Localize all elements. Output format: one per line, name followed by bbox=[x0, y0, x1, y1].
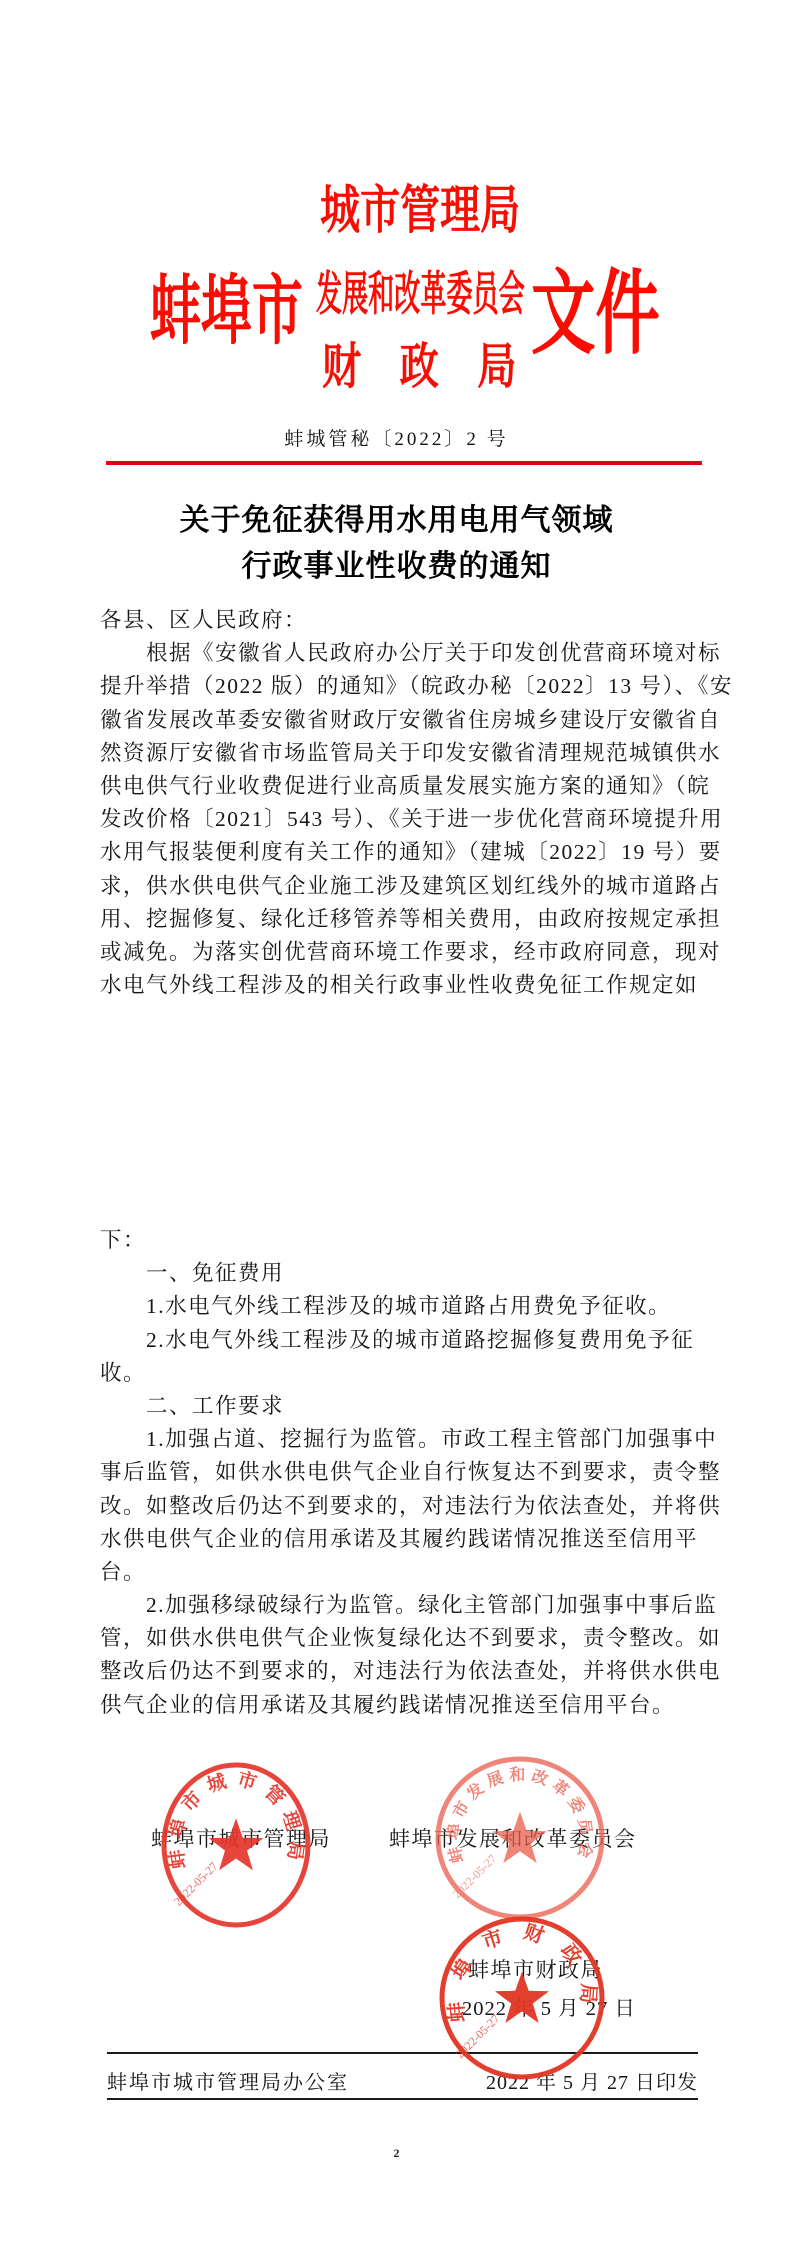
body-line: 改。如整改后仍达不到要求的，对违法行为依法查处，并将供 bbox=[100, 1490, 704, 1523]
signature-org-city-admin: 蚌埠市城市管理局 bbox=[151, 1823, 331, 1853]
footer-rule-bottom bbox=[107, 2098, 698, 2100]
body-line: 水电气外线工程涉及的相关行政事业性收费免征工作规定如 bbox=[100, 969, 704, 1002]
body-line: 1.加强占道、挖掘行为监管。市政工程主管部门加强事中 bbox=[100, 1423, 704, 1456]
seal-stamp-date: 2022-05-27 bbox=[171, 1859, 220, 1908]
body-line: 管，如供水供电供气企业恢复绿化达不到要求，责令整改。如 bbox=[100, 1622, 704, 1655]
body-line: 台。 bbox=[100, 1556, 704, 1589]
body-line: 下： bbox=[100, 1224, 704, 1257]
body-line: 各县、区人民政府： bbox=[100, 604, 704, 637]
body-line: 2.加强移绿破绿行为监管。绿化主管部门加强事中事后监 bbox=[100, 1589, 704, 1622]
document-page: 城市管理局 蚌埠市 发展和改革委员会 财政局 文件 蚌城管秘〔2022〕2 号 … bbox=[0, 0, 793, 2244]
letterhead-document-suffix: 文件 bbox=[531, 268, 660, 360]
letterhead-agency-city-admin: 城市管理局 bbox=[320, 186, 520, 238]
document-title-line2: 行政事业性收费的通知 bbox=[0, 544, 793, 590]
document-number: 蚌城管秘〔2022〕2 号 bbox=[0, 424, 793, 451]
body-line: 徽省发展改革委安徽省财政厅安徽省住房城乡建设厅安徽省自 bbox=[100, 704, 704, 737]
page-number: 2 bbox=[0, 2146, 793, 2161]
signature-date: 2022 年 5 月 27 日 bbox=[462, 1991, 636, 2021]
body-line: 供电供气行业收费促进行业高质量发展实施方案的通知》（皖 bbox=[100, 770, 704, 803]
body-text-page1: 各县、区人民政府： 根据《安徽省人民政府办公厅关于印发创优营商环境对标提升举措（… bbox=[100, 604, 704, 1002]
document-title: 关于免征获得用水用电用气领域 行政事业性收费的通知 bbox=[0, 498, 793, 590]
body-line: 根据《安徽省人民政府办公厅关于印发创优营商环境对标 bbox=[100, 637, 704, 670]
body-line: 2.水电气外线工程涉及的城市道路挖掘修复费用免予征 bbox=[100, 1324, 704, 1357]
body-line: 水供电供气企业的信用承诺及其履约践诺情况推送至信用平 bbox=[100, 1523, 704, 1556]
signature-org-dev-reform: 蚌埠市发展和改革委员会 bbox=[389, 1823, 637, 1853]
red-separator-rule bbox=[106, 461, 702, 465]
body-line: 求，供水供电供气企业施工涉及建筑区划红线外的城市道路占 bbox=[100, 870, 704, 903]
document-title-line1: 关于免征获得用水用电用气领域 bbox=[0, 498, 793, 544]
footer-issuing-office: 蚌埠市城市管理局办公室 bbox=[107, 2066, 349, 2095]
body-line: 事后监管，如供水供电供气企业自行恢复达不到要求，责令整 bbox=[100, 1456, 704, 1489]
body-line: 1.水电气外线工程涉及的城市道路占用费免予征收。 bbox=[100, 1290, 704, 1323]
body-line: 收。 bbox=[100, 1357, 704, 1390]
body-line: 或减免。为落实创优营商环境工作要求，经市政府同意，现对 bbox=[100, 936, 704, 969]
seal-arc-label: 蚌埠市城市管理局 bbox=[164, 1767, 308, 1870]
body-line: 供气企业的信用承诺及其履约践诺情况推送至信用平台。 bbox=[100, 1689, 704, 1722]
body-line: 然资源厅安徽省市场监管局关于印发安徽省清理规范城镇供水 bbox=[100, 737, 704, 770]
body-text-page2: 下： 一、免征费用 1.水电气外线工程涉及的城市道路占用费免予征收。 2.水电气… bbox=[100, 1224, 704, 1722]
body-line: 二、工作要求 bbox=[100, 1390, 704, 1423]
body-line: 一、免征费用 bbox=[100, 1257, 704, 1290]
footer-rule-top bbox=[107, 2052, 698, 2054]
seal-stamp-date: 2022-05-27 bbox=[450, 1852, 499, 1901]
body-line: 提升举措（2022 版）的通知》（皖政办秘〔2022〕13 号）、《安 bbox=[100, 670, 704, 703]
body-line: 水用气报装便利度有关工作的通知》（建城〔2022〕19 号）要 bbox=[100, 836, 704, 869]
footer-print-date: 2022 年 5 月 27 日印发 bbox=[486, 2066, 698, 2095]
body-line: 发改价格〔2021〕543 号）、《关于进一步优化营商环境提升用 bbox=[100, 803, 704, 836]
letterhead-city-name: 蚌埠市 bbox=[150, 274, 303, 350]
signature-org-finance: 蚌埠市财政局 bbox=[468, 1954, 603, 1984]
letterhead-agency-dev-reform: 发展和改革委员会 bbox=[316, 272, 525, 319]
letterhead-agency-finance: 财政局 bbox=[322, 342, 555, 391]
body-line: 用、挖掘修复、绿化迁移管养等相关费用，由政府按规定承担 bbox=[100, 903, 704, 936]
body-line: 整改后仍达不到要求的，对违法行为依法查处，并将供水供电 bbox=[100, 1655, 704, 1688]
